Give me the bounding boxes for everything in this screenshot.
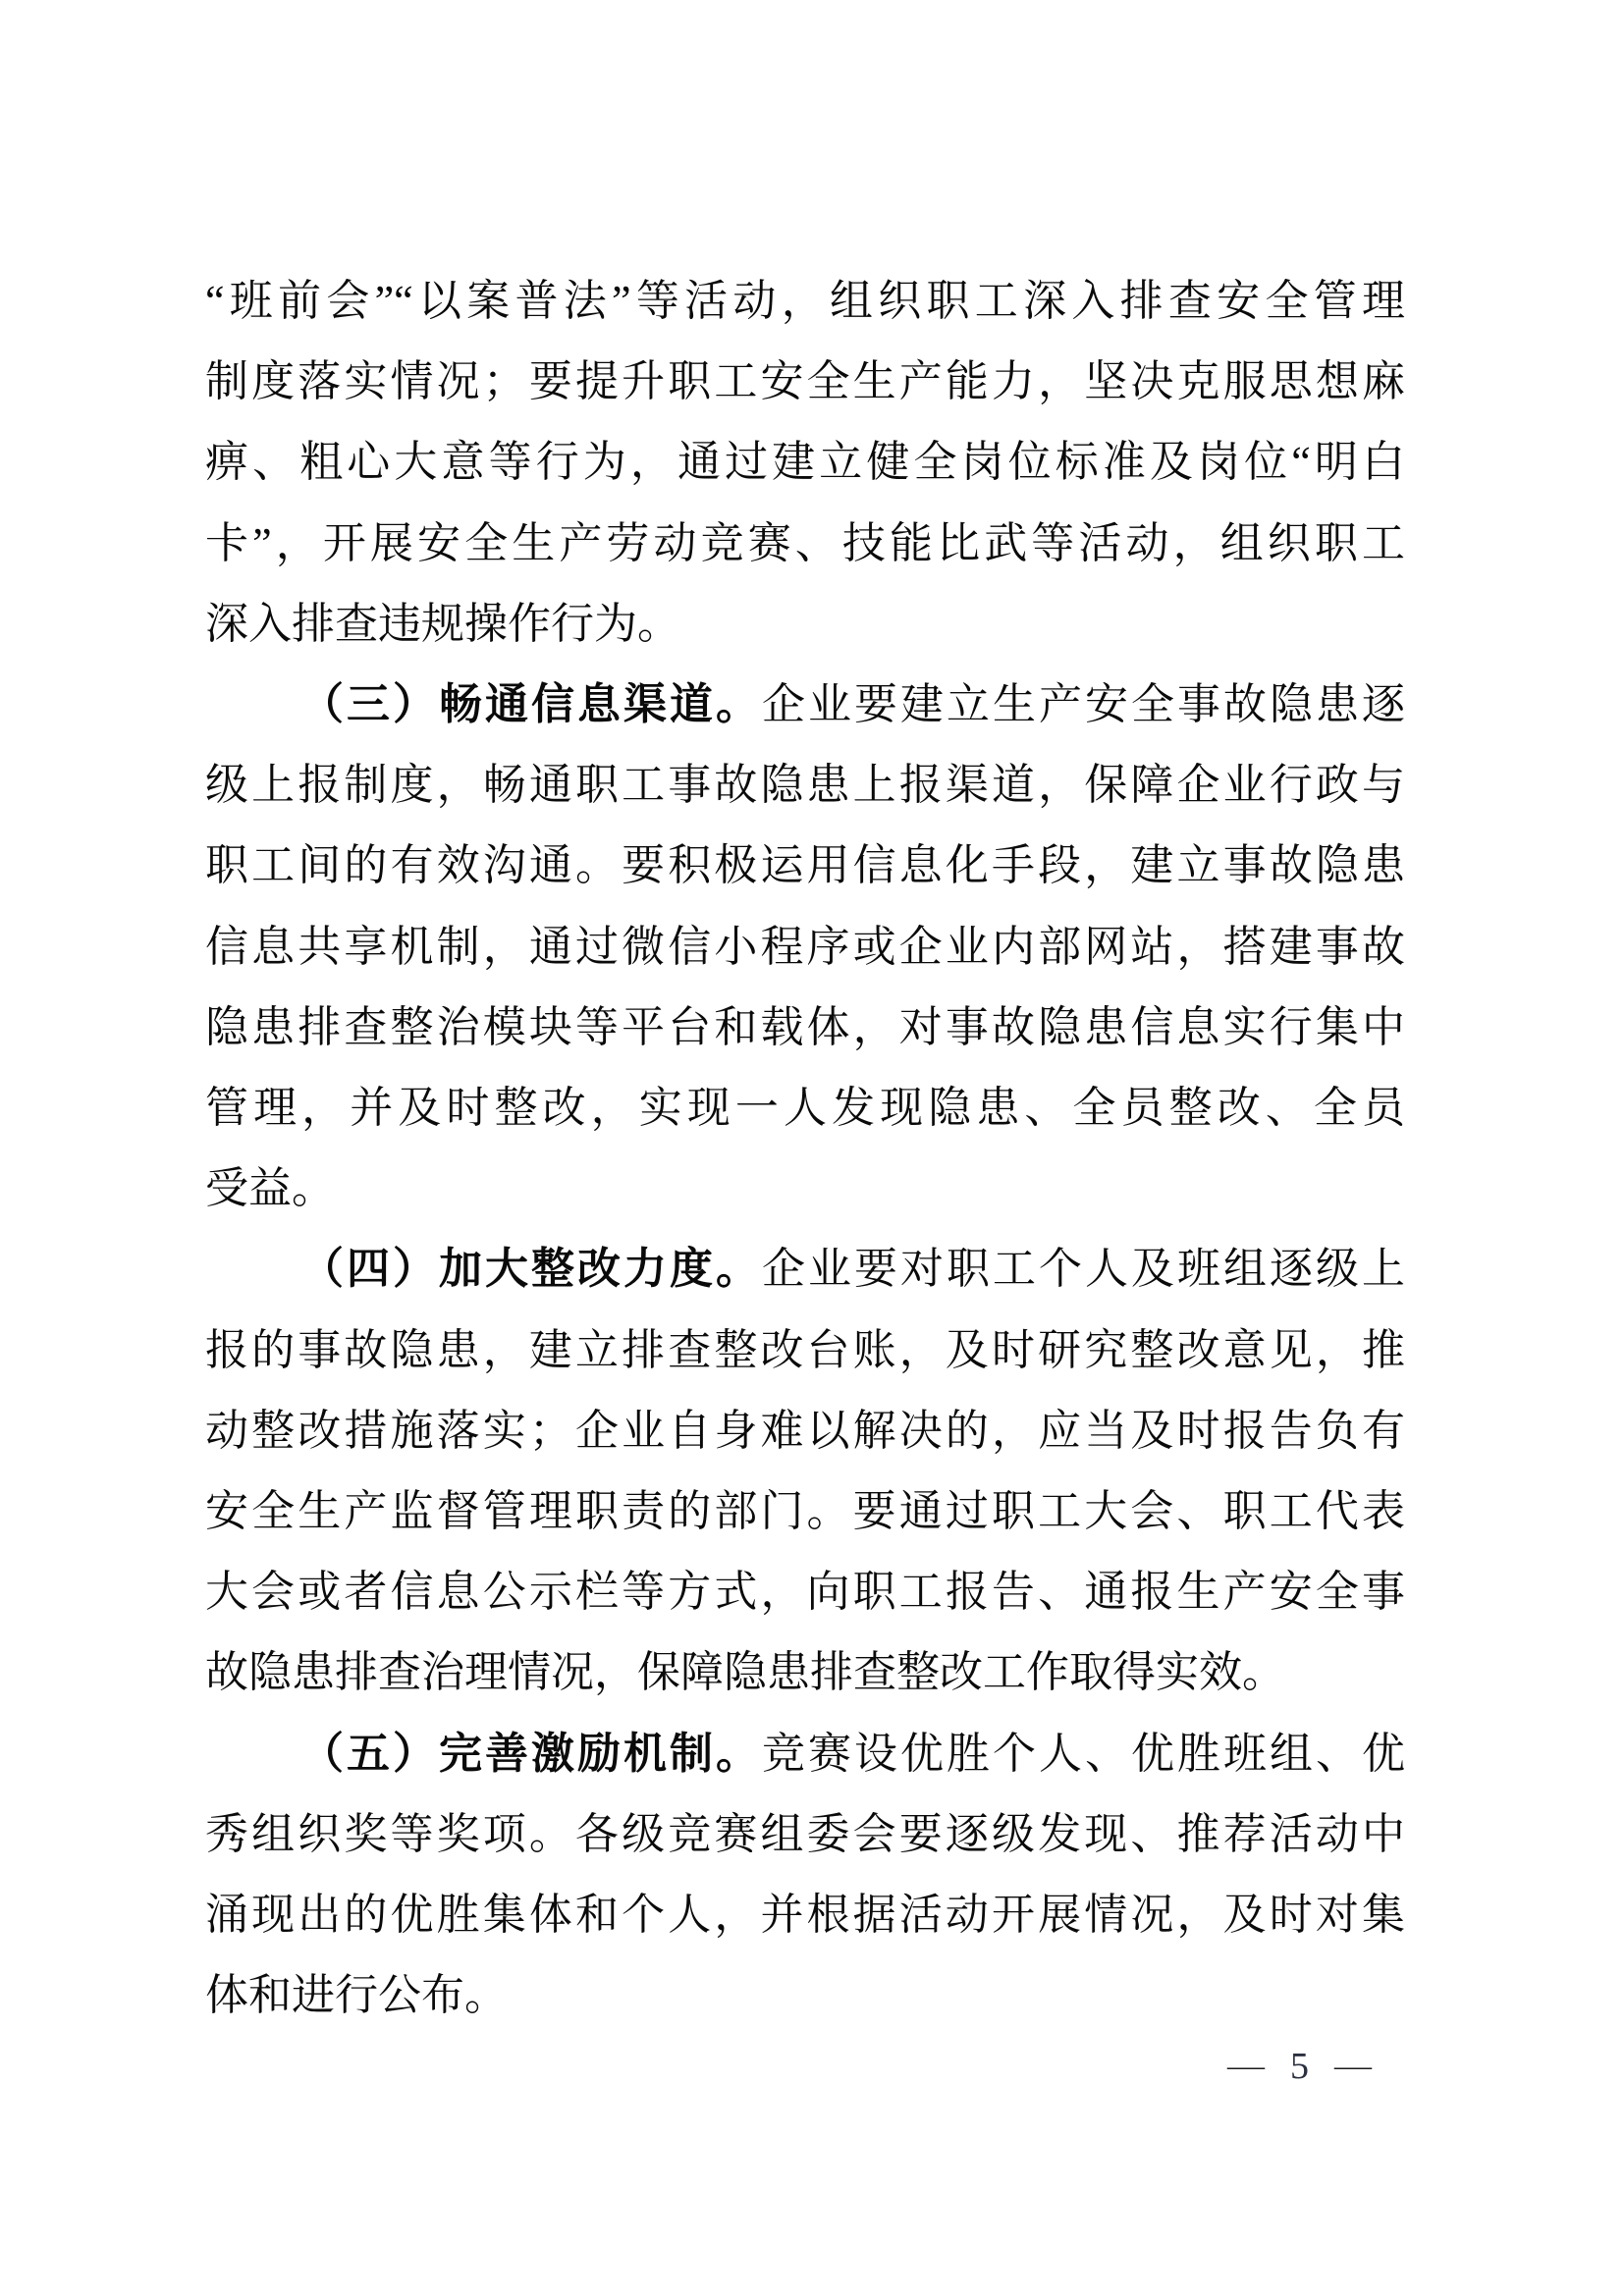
text-line-13: （四）加大整改力度。企业要对职工个人及班组逐级上 [205, 1229, 1405, 1309]
document-page: “班前会”“以案普法”等活动，组织职工深入排查安全管理 制度落实情况；要提升职工… [0, 0, 1624, 2296]
text-line-8: 职工间的有效沟通。要积极运用信息化手段，建立事故隐患 [205, 826, 1405, 906]
text-line-17: 大会或者信息公示栏等方式，向职工报告、通报生产安全事 [205, 1552, 1405, 1632]
line-text: 动整改措施落实；企业自身难以解决的，应当及时报告负有 [205, 1407, 1405, 1455]
section-heading-4: （四）加大整改力度。 [300, 1245, 762, 1293]
text-line-21: 涌现出的优胜集体和个人，并根据活动开展情况，及时对集 [205, 1875, 1405, 1955]
line-text: 制度落实情况；要提升职工安全生产能力，坚决克服思想麻 [205, 357, 1405, 405]
line-text: 职工间的有效沟通。要积极运用信息化手段，建立事故隐患 [205, 841, 1405, 889]
line-text: 报的事故隐患，建立排查整改台账，及时研究整改意见，推 [205, 1326, 1405, 1374]
text-line-12: 受益。 [205, 1148, 1405, 1229]
text-line-7: 级上报制度，畅通职工事故隐患上报渠道，保障企业行政与 [205, 745, 1405, 826]
text-line-3: 痹、粗心大意等行为，通过建立健全岗位标准及岗位“明白 [205, 422, 1405, 503]
line-text: 大会或者信息公示栏等方式，向职工报告、通报生产安全事 [205, 1568, 1405, 1616]
line-text: 卡”，开展安全生产劳动竞赛、技能比武等活动，组织职工 [205, 519, 1405, 567]
line-text: 受益。 [205, 1164, 335, 1212]
section-heading-3: （三）畅通信息渠道。 [300, 680, 762, 728]
line-text: 涌现出的优胜集体和个人，并根据活动开展情况，及时对集 [205, 1891, 1405, 1939]
page-number: 5 [1290, 2048, 1309, 2085]
line-text: 安全生产监督管理职责的部门。要通过职工大会、职工代表 [205, 1487, 1405, 1535]
text-line-1: “班前会”“以案普法”等活动，组织职工深入排查安全管理 [205, 261, 1405, 342]
line-text: 竞赛设优胜个人、优胜班组、优 [762, 1730, 1405, 1778]
text-line-18: 故隐患排查治理情况，保障隐患排查整改工作取得实效。 [205, 1632, 1405, 1713]
page-footer: — 5 — [1227, 2048, 1372, 2085]
text-line-14: 报的事故隐患，建立排查整改台账，及时研究整改意见，推 [205, 1310, 1405, 1391]
text-line-16: 安全生产监督管理职责的部门。要通过职工大会、职工代表 [205, 1471, 1405, 1552]
text-line-4: 卡”，开展安全生产劳动竞赛、技能比武等活动，组织职工 [205, 504, 1405, 584]
text-line-10: 隐患排查整治模块等平台和载体，对事故隐患信息实行集中 [205, 988, 1405, 1068]
line-text: 企业要对职工个人及班组逐级上 [762, 1245, 1405, 1293]
document-text: “班前会”“以案普法”等活动，组织职工深入排查安全管理 制度落实情况；要提升职工… [205, 261, 1405, 2036]
text-line-6: （三）畅通信息渠道。企业要建立生产安全事故隐患逐 [205, 665, 1405, 745]
line-text: 痹、粗心大意等行为，通过建立健全岗位标准及岗位“明白 [205, 438, 1405, 486]
line-text: 管理，并及时整改，实现一人发现隐患、全员整改、全员 [205, 1084, 1405, 1132]
line-text: 故隐患排查治理情况，保障隐患排查整改工作取得实效。 [205, 1648, 1285, 1696]
footer-dash-left: — [1227, 2052, 1265, 2081]
line-text: 企业要建立生产安全事故隐患逐 [762, 680, 1405, 728]
line-text: 隐患排查整治模块等平台和载体，对事故隐患信息实行集中 [205, 1003, 1405, 1051]
section-heading-5: （五）完善激励机制。 [300, 1730, 762, 1778]
text-line-20: 秀组织奖等奖项。各级竞赛组委会要逐级发现、推荐活动中 [205, 1794, 1405, 1875]
text-line-15: 动整改措施落实；企业自身难以解决的，应当及时报告负有 [205, 1391, 1405, 1471]
line-text: 级上报制度，畅通职工事故隐患上报渠道，保障企业行政与 [205, 761, 1405, 809]
line-text: 体和进行公布。 [205, 1971, 508, 2019]
line-text: “班前会”“以案普法”等活动，组织职工深入排查安全管理 [205, 277, 1405, 325]
line-text: 秀组织奖等奖项。各级竞赛组委会要逐级发现、推荐活动中 [205, 1810, 1405, 1858]
text-line-19: （五）完善激励机制。竞赛设优胜个人、优胜班组、优 [205, 1714, 1405, 1794]
line-text: 信息共享机制，通过微信小程序或企业内部网站，搭建事故 [205, 923, 1405, 971]
text-line-9: 信息共享机制，通过微信小程序或企业内部网站，搭建事故 [205, 907, 1405, 988]
footer-dash-right: — [1334, 2052, 1372, 2081]
text-line-22: 体和进行公布。 [205, 1955, 1405, 2036]
text-line-2: 制度落实情况；要提升职工安全生产能力，坚决克服思想麻 [205, 342, 1405, 422]
text-line-11: 管理，并及时整改，实现一人发现隐患、全员整改、全员 [205, 1068, 1405, 1148]
line-text: 深入排查违规操作行为。 [205, 600, 680, 648]
text-line-5: 深入排查违规操作行为。 [205, 584, 1405, 665]
